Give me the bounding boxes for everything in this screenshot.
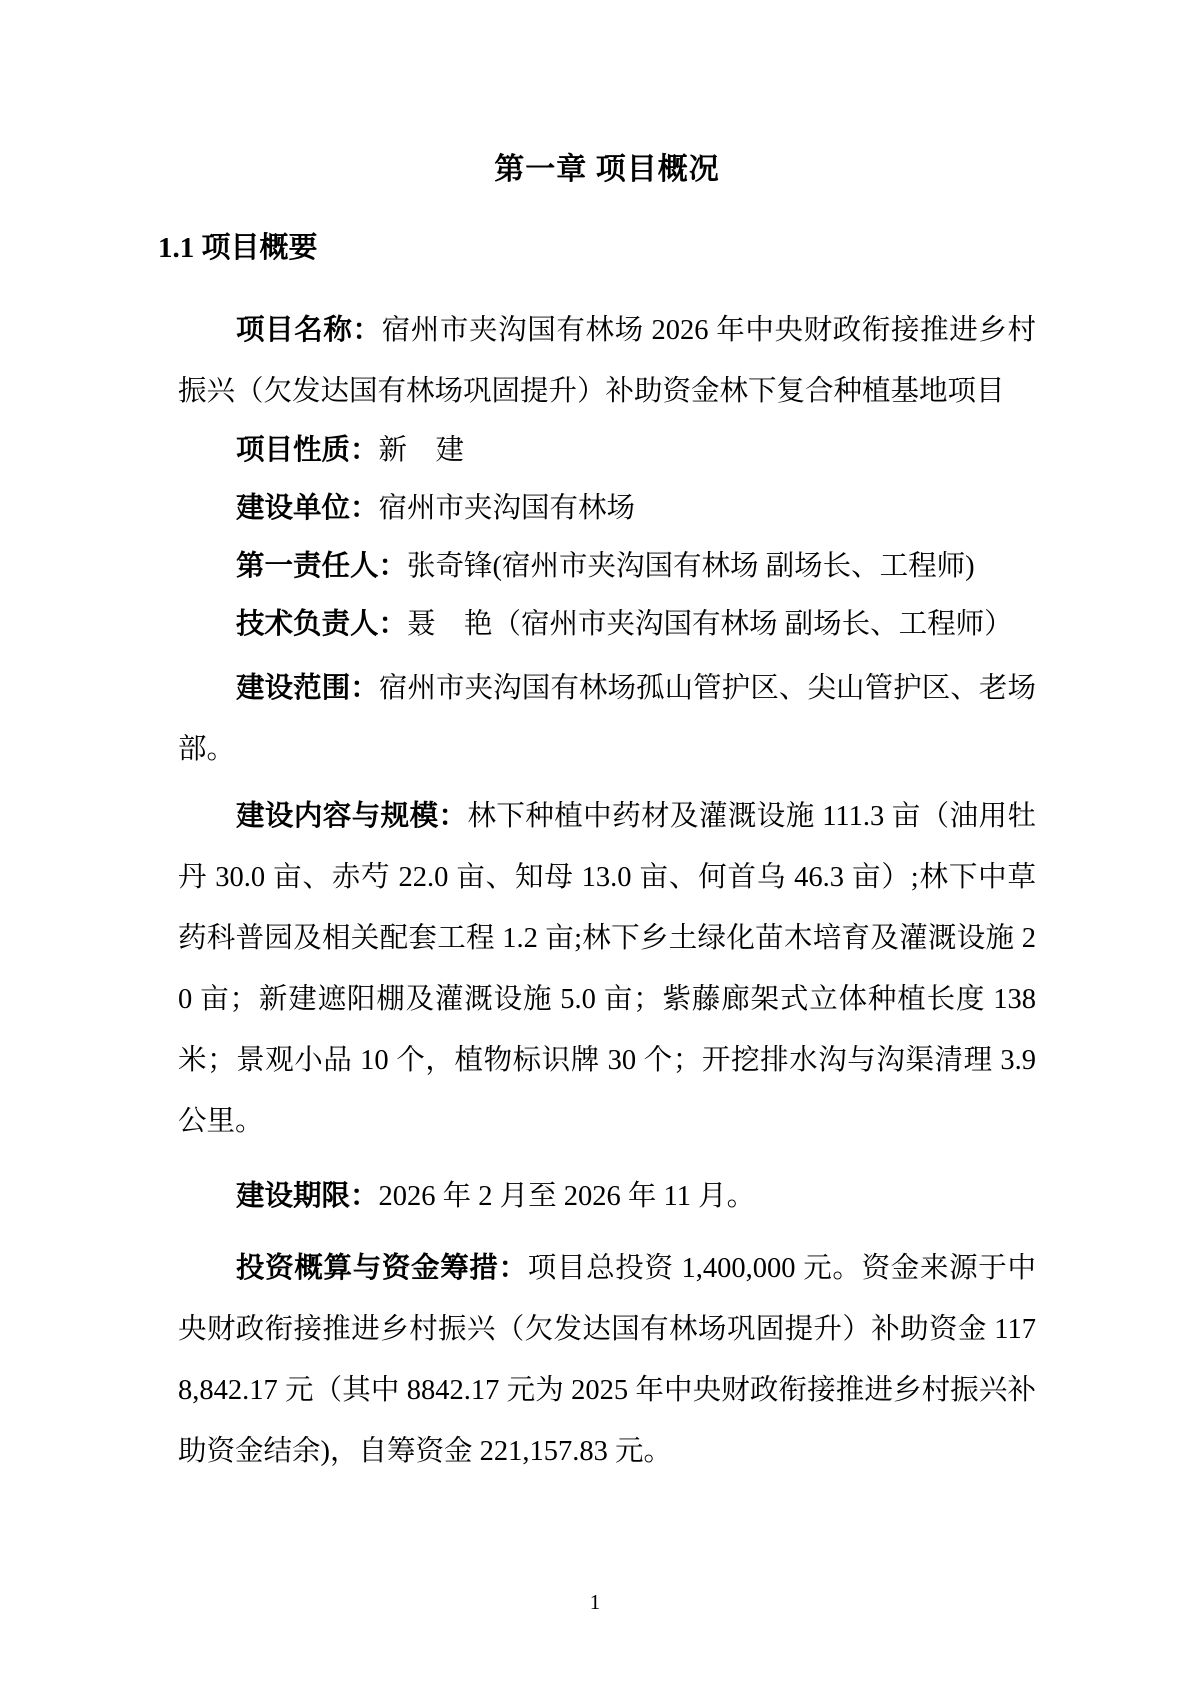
paragraph-project-nature-text: 新 建 <box>379 435 465 466</box>
paragraph-construction-unit-text: 宿州市夹沟国有林场 <box>379 493 636 524</box>
paragraph-construction-scope: 建设范围：宿州市夹沟国有林场孤山管护区、尖山管护区、老场部。 <box>178 658 1036 780</box>
paragraph-technical-director: 技术负责人：聂 艳（宿州市夹沟国有林场 副场长、工程师） <box>178 596 1036 654</box>
paragraph-construction-unit: 建设单位：宿州市夹沟国有林场 <box>178 480 1036 538</box>
paragraph-construction-content-scale-label: 建设内容与规模： <box>236 801 467 832</box>
paragraph-construction-content-scale-text: 林下种植中药材及灌溉设施 111.3 亩（油用牡丹 30.0 亩、赤芍 22.0… <box>178 801 1036 1137</box>
document-content: 第一章 项目概况 1.1 项目概要 项目名称：宿州市夹沟国有林场 2026 年中… <box>0 0 1190 1482</box>
paragraph-investment-funding-text: 项目总投资 1,400,000 元。资金来源于中央财政衔接推进乡村振兴（欠发达国… <box>178 1253 1036 1467</box>
page-number: 1 <box>0 1588 1190 1616</box>
paragraph-technical-director-text: 聂 艳（宿州市夹沟国有林场 副场长、工程师） <box>407 609 1013 640</box>
paragraph-first-responsible-person: 第一责任人：张奇锋(宿州市夹沟国有林场 副场长、工程师) <box>178 538 1036 596</box>
paragraph-construction-unit-label: 建设单位： <box>236 493 379 524</box>
paragraph-construction-content-scale: 建设内容与规模：林下种植中药材及灌溉设施 111.3 亩（油用牡丹 30.0 亩… <box>178 786 1036 1152</box>
document-page: 第一章 项目概况 1.1 项目概要 项目名称：宿州市夹沟国有林场 2026 年中… <box>0 0 1190 1683</box>
paragraph-first-responsible-person-label: 第一责任人： <box>236 551 407 582</box>
paragraph-construction-scope-label: 建设范围： <box>236 673 379 704</box>
section-heading: 1.1 项目概要 <box>158 228 1036 268</box>
paragraph-project-nature-label: 项目性质： <box>236 435 379 466</box>
paragraph-first-responsible-person-text: 张奇锋(宿州市夹沟国有林场 副场长、工程师) <box>407 551 975 582</box>
paragraph-technical-director-label: 技术负责人： <box>236 609 407 640</box>
paragraph-project-nature: 项目性质：新 建 <box>178 422 1036 480</box>
paragraph-project-name: 项目名称：宿州市夹沟国有林场 2026 年中央财政衔接推进乡村振兴（欠发达国有林… <box>178 300 1036 422</box>
paragraph-project-name-label: 项目名称： <box>236 315 382 346</box>
paragraph-investment-funding-label: 投资概算与资金筹措： <box>236 1253 528 1284</box>
paragraph-investment-funding: 投资概算与资金筹措：项目总投资 1,400,000 元。资金来源于中央财政衔接推… <box>178 1238 1036 1482</box>
paragraph-construction-period-label: 建设期限： <box>236 1181 379 1212</box>
paragraph-construction-period: 建设期限：2026 年 2 月至 2026 年 11 月。 <box>178 1168 1036 1226</box>
chapter-title: 第一章 项目概况 <box>178 148 1036 192</box>
paragraph-construction-period-text: 2026 年 2 月至 2026 年 11 月。 <box>379 1181 756 1212</box>
